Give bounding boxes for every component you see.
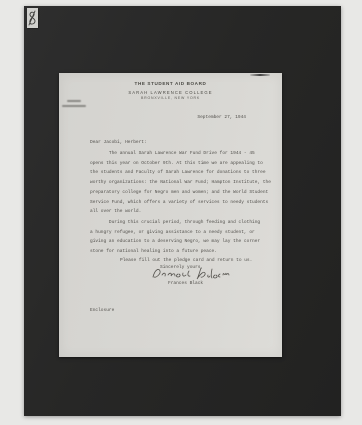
paragraph-1: The annual Sarah Lawrence War Fund Drive… [90,149,271,217]
salutation: Dear Jacobi, Herbert: [90,138,147,148]
typed-signature-name: Frances Black [168,279,203,289]
fine-print-line [67,100,81,102]
date-line: September 27, 1944 [197,113,246,123]
letter-sheet: THE STUDENT AID BOARD SARAH LAWRENCE COL… [59,73,282,357]
corner-tab [27,8,38,28]
letterhead-city: BRONXVILLE, NEW YORK [59,96,282,101]
fine-print-illegible [62,100,86,109]
handwritten-tab-mark-icon [27,8,38,28]
letterhead-org: THE STUDENT AID BOARD [59,81,282,87]
pencil-mark-dash [250,74,270,76]
enclosure-note: Enclosure [90,306,114,316]
letterhead: THE STUDENT AID BOARD SARAH LAWRENCE COL… [59,81,282,101]
fine-print-line [62,105,86,107]
letterhead-college: SARAH LAWRENCE COLLEGE [59,89,282,96]
photo-of-mounted-letter: THE STUDENT AID BOARD SARAH LAWRENCE COL… [0,0,362,425]
paragraph-2: During this crucial period, through feed… [90,218,260,257]
